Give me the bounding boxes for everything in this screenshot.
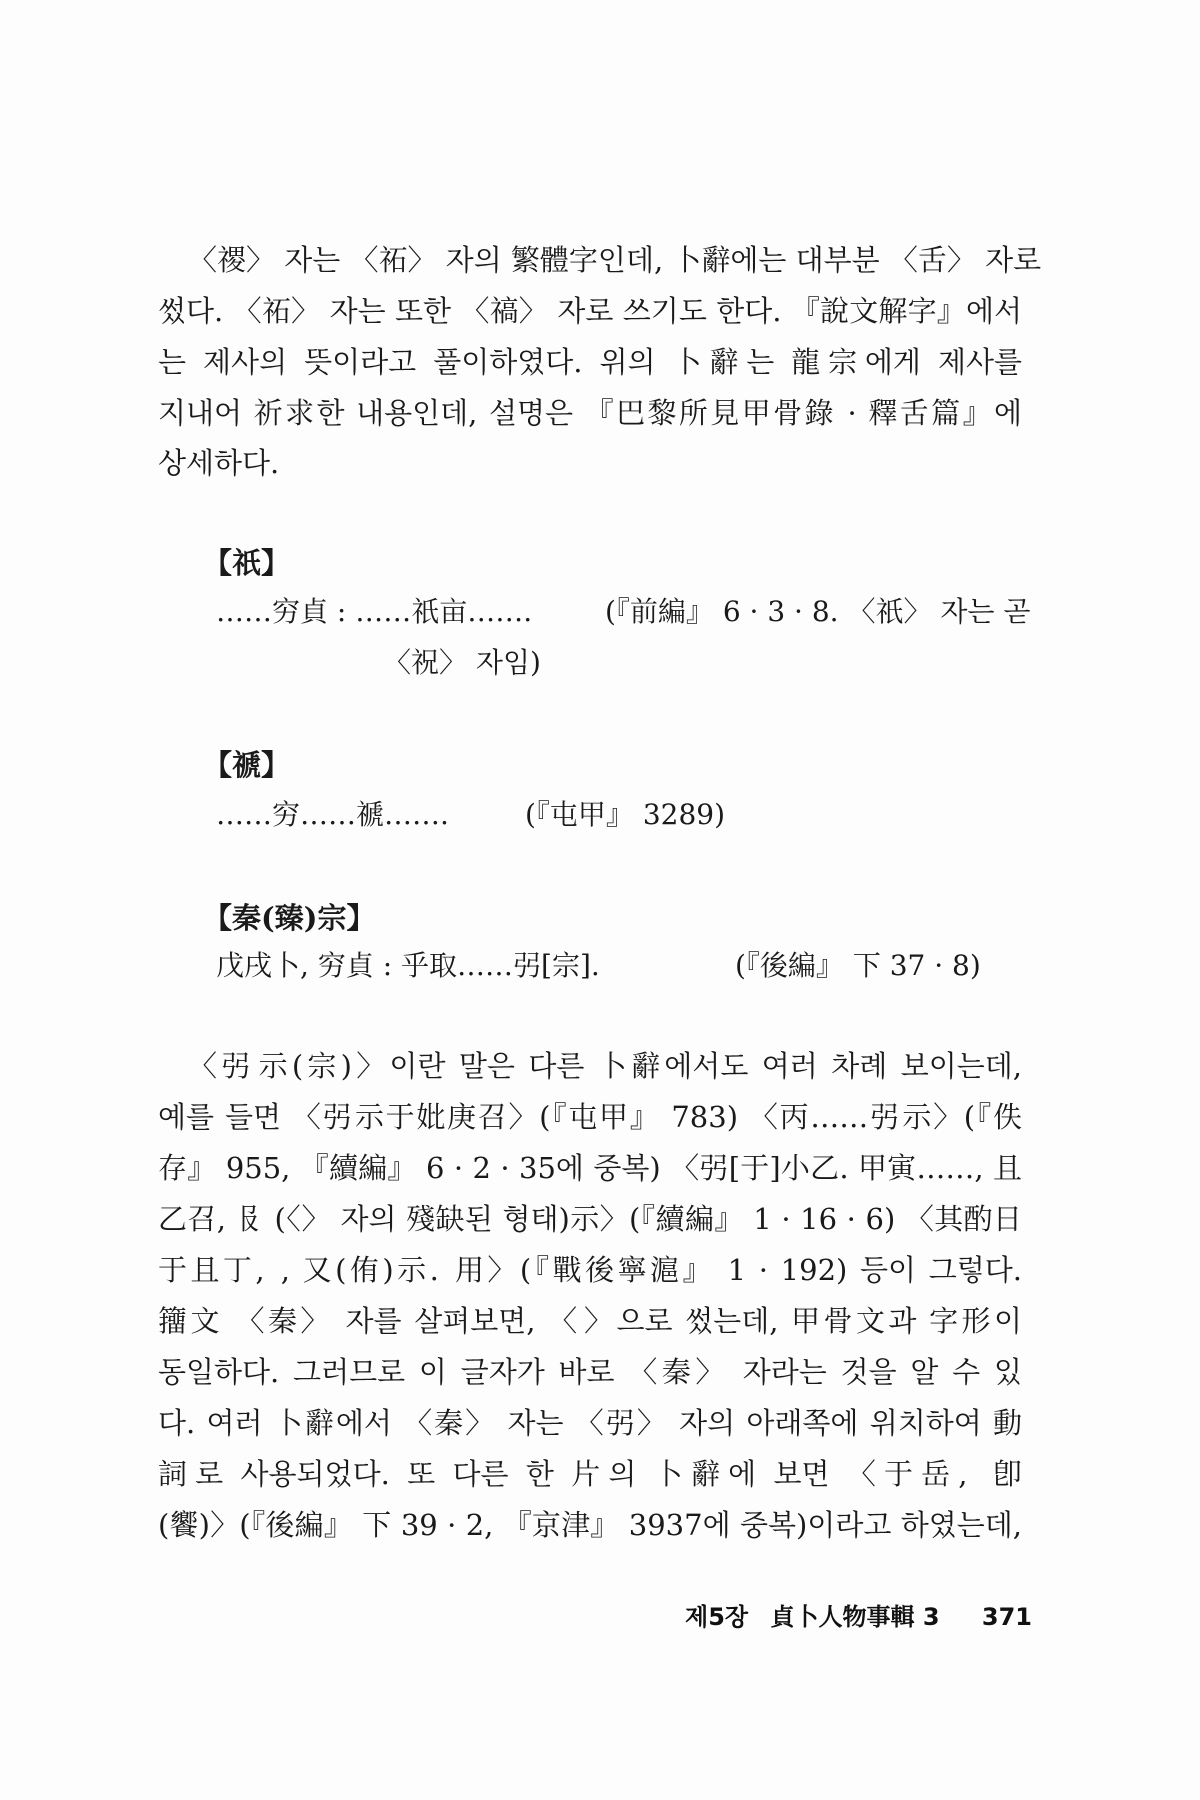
section-header: 【祇】 — [203, 543, 290, 583]
text-line: 于且丁, 𥞤, 又(侑)示. 𢆶用〉(『戰後寧滬』 1 · 192) 등이 그렇… — [158, 1250, 1022, 1290]
text-line: 籒文 〈秦〉 자를 살펴보면, 〈𥣫〉으로 썼는데, 甲骨文과 字形이 — [158, 1301, 1022, 1341]
oracle-inscription: 戊戌卜, 穷貞 : 乎取……弜𥞤[宗]. — [216, 946, 600, 986]
text-line: 다. 여러 卜辭에서 〈秦〉 자는 〈弜〉 자의 아래쪽에 위치하여 動 — [158, 1403, 1022, 1443]
running-footer: 제5장 貞卜人物事輯 3 371 — [685, 1597, 1032, 1637]
book-page: 〈禝〉 자는 〈祏〉 자의 繁體字인데, 卜辭에는 대부분 〈舌〉 자로 썼다.… — [0, 0, 1200, 1800]
text-line: 詞로 사용되었다. 또 다른 한 片의 卜辭에 보면 〈于岳, 𥞤卽 — [158, 1454, 1022, 1494]
section-header: 【禠】 — [203, 745, 290, 785]
text-line: 동일하다. 그러므로 이 글자가 바로 〈秦〉 자라는 것을 알 수 있 — [158, 1352, 1022, 1392]
text-line: 存』 955, 『續編』 6 · 2 · 35에 중복) 〈弜𥞤[于]小乙. 甲… — [158, 1148, 1022, 1188]
oracle-inscription: ……穷貞 : ……祇亩……. — [216, 592, 532, 632]
page-number: 371 — [982, 1597, 1032, 1637]
text-line: 지내어 祈求한 내용인데, 설명은 『巴黎所見甲骨錄 · 釋舌篇』에 — [158, 393, 1022, 433]
citation: (『屯甲』 3289) — [525, 795, 725, 835]
section-header: 【秦(臻)宗】 — [203, 898, 375, 938]
footer-chapter: 제5장 — [685, 1597, 748, 1637]
citation: (『後編』 下 37 · 8) — [735, 946, 981, 986]
text-line: 는 제사의 뜻이라고 풀이하였다. 위의 卜辭는 龍宗에게 제사를 — [158, 342, 1022, 382]
text-line: 예를 들면 〈弜𥞤示于妣庚召〉(『屯甲』 783) 〈丙……弜𥞤示〉(『佚 — [158, 1097, 1022, 1137]
text-line: 〈禝〉 자는 〈祏〉 자의 繁體字인데, 卜辭에는 대부분 〈舌〉 자로 — [188, 240, 1022, 280]
text-line: 乙召, 𠬝 (〈𥞤〉 자의 殘缺된 형태)示〉(『續編』 1 · 16 · 6)… — [158, 1199, 1022, 1239]
footer-title: 貞卜人物事輯 3 — [770, 1597, 939, 1637]
text-line: 썼다. 〈祏〉 자는 또한 〈禞〉 자로 쓰기도 한다. 『說文解字』에서 — [158, 291, 1022, 331]
oracle-inscription: ……穷……禠……. — [216, 795, 449, 835]
text-line: 〈弜𥞤示(宗)〉이란 말은 다른 卜辭에서도 여러 차례 보이는데, — [188, 1046, 1022, 1086]
text-line: 상세하다. — [158, 443, 1022, 483]
text-line: (饗)〉(『後編』 下 39 · 2, 『京津』 3937에 중복)이라고 하였… — [158, 1505, 1022, 1545]
citation-continuation: 〈祝〉 자임) — [383, 643, 541, 683]
citation: (『前編』 6 · 3 · 8. 〈祇〉 자는 곧 — [605, 592, 1030, 632]
